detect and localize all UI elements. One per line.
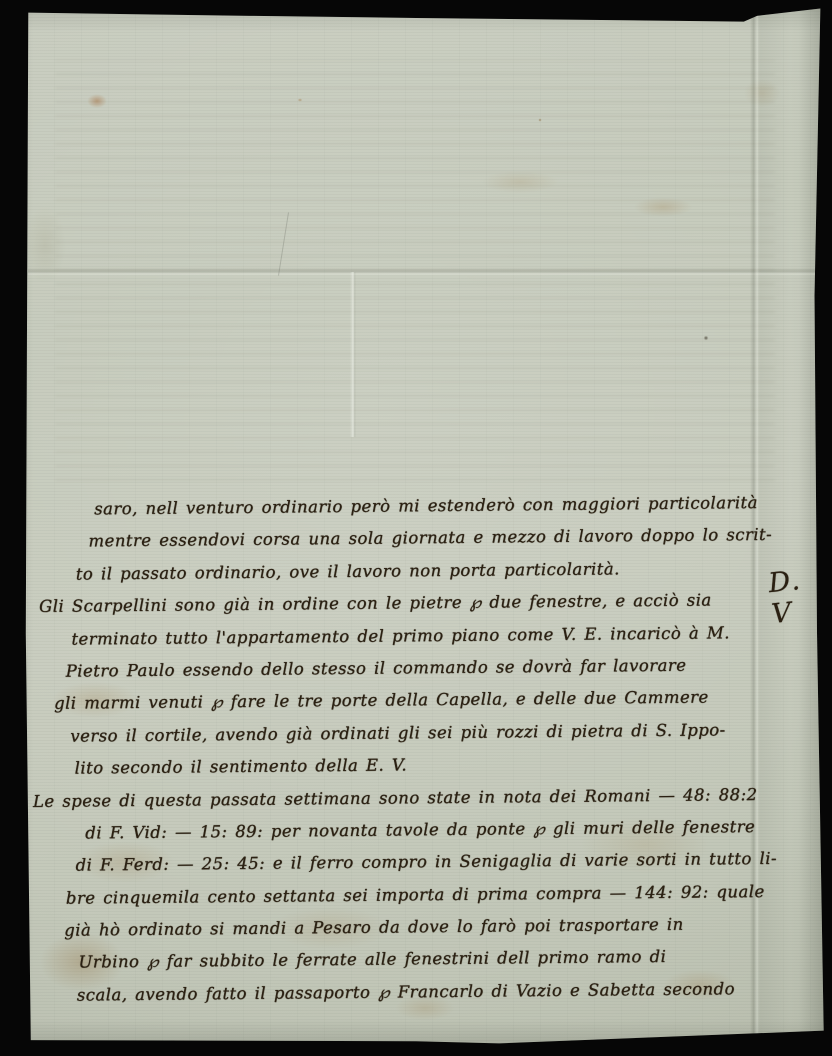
paper-sheet: D. V saro, nell venturo ordinario però m…: [0, 0, 832, 1056]
manuscript-line: mentre essendovi corsa una sola giornata…: [88, 519, 800, 558]
scan-background: D. V saro, nell venturo ordinario però m…: [0, 0, 832, 1056]
letter-text-block: saro, nell venturo ordinario però mi est…: [30, 487, 805, 1013]
